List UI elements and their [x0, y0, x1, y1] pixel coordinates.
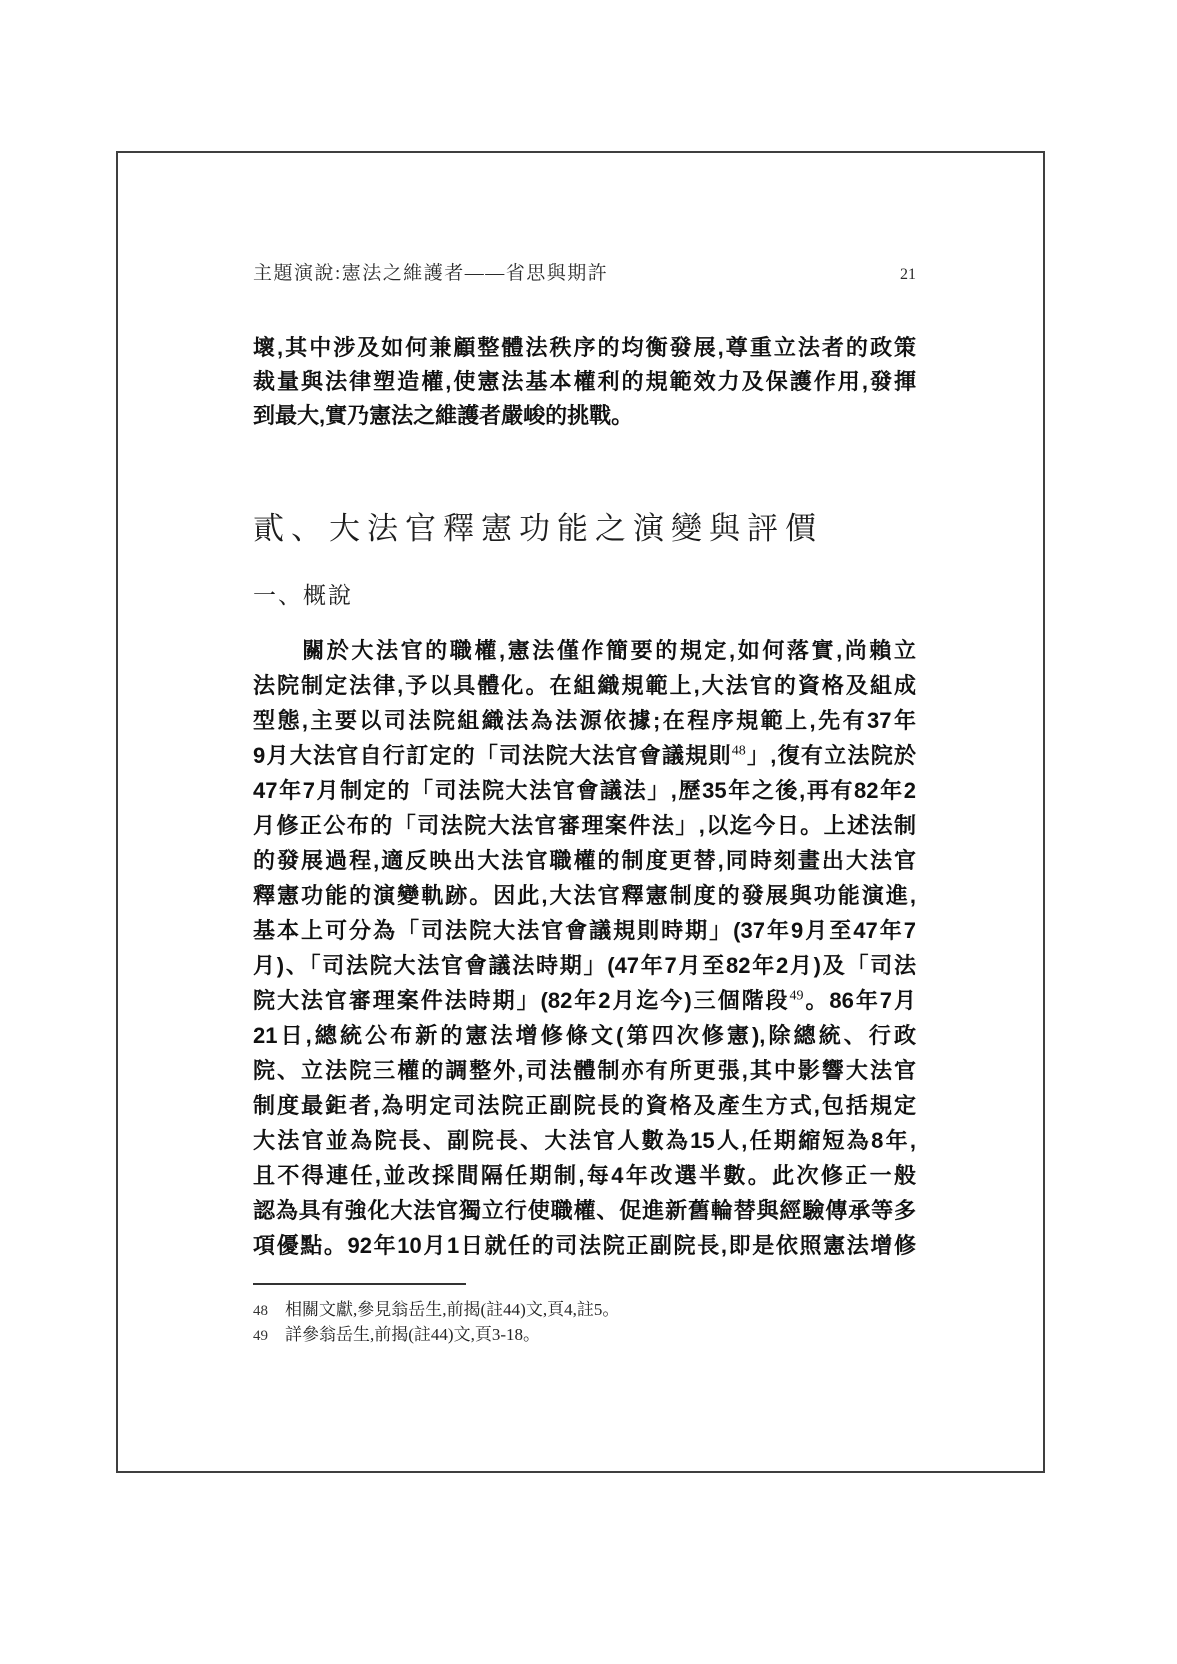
- text-line: 且不得連任,並改採間隔任期制,每4年改選半數。此次修正一般: [253, 1158, 916, 1193]
- header-title: 主題演說:憲法之維護者——省思與期許: [253, 258, 608, 285]
- text-line: 基本上可分為「司法院大法官會議規則時期」(37年9月至47年7: [253, 913, 916, 948]
- subsection-heading: 一、概說: [253, 577, 353, 610]
- text-line: 大法官並為院長、副院長、大法官人數為15人,任期縮短為8年,: [253, 1123, 916, 1158]
- text-line: 到最大,實乃憲法之維護者嚴峻的挑戰。: [253, 399, 916, 433]
- text-line: 關於大法官的職權,憲法僅作簡要的規定,如何落實,尚賴立: [253, 633, 916, 668]
- intro-paragraph: 壞,其中涉及如何兼顧整體法秩序的均衡發展,尊重立法者的政策裁量與法律塑造權,使憲…: [253, 331, 916, 433]
- text-line: 21日,總統公布新的憲法增修條文(第四次修憲),除總統、行政: [253, 1018, 916, 1053]
- text-line: 法院制定法律,予以具體化。在組織規範上,大法官的資格及組成: [253, 668, 916, 703]
- text-line: 認為具有強化大法官獨立行使職權、促進新舊輪替與經驗傳承等多: [253, 1193, 916, 1228]
- text-line: 月)、「司法院大法官會議法時期」(47年7月至82年2月)及「司法: [253, 948, 916, 983]
- text-line: 院、立法院三權的調整外,司法體制亦有所更張,其中影響大法官: [253, 1053, 916, 1088]
- body-paragraph: 關於大法官的職權,憲法僅作簡要的規定,如何落實,尚賴立法院制定法律,予以具體化。…: [253, 633, 916, 1263]
- page-number: 21: [900, 266, 916, 284]
- footnote-text: 相關文獻,參見翁岳生,前揭(註44)文,頁4,註5。: [285, 1300, 619, 1319]
- text-line: 裁量與法律塑造權,使憲法基本權利的規範效力及保護作用,發揮: [253, 365, 916, 399]
- footnote-item: 48相關文獻,參見翁岳生,前揭(註44)文,頁4,註5。: [253, 1298, 916, 1323]
- footnote-reference: 49: [789, 989, 803, 1004]
- text-line: 型態,主要以司法院組織法為法源依據;在程序規範上,先有37年: [253, 703, 916, 738]
- footnote-text: 詳參翁岳生,前揭(註44)文,頁3-18。: [285, 1325, 540, 1344]
- section-heading: 貳、大法官釋憲功能之演變與評價: [253, 503, 823, 548]
- footnote-number: 49: [253, 1324, 277, 1348]
- text-line: 的發展過程,適反映出大法官職權的制度更替,同時刻畫出大法官: [253, 843, 916, 878]
- text-line: 壞,其中涉及如何兼顧整體法秩序的均衡發展,尊重立法者的政策: [253, 331, 916, 365]
- text-line: 47年7月制定的「司法院大法官會議法」,歷35年之後,再有82年2: [253, 773, 916, 808]
- text-line: 月修正公布的「司法院大法官審理案件法」,以迄今日。上述法制: [253, 808, 916, 843]
- running-header: 主題演說:憲法之維護者——省思與期許 21: [253, 258, 916, 285]
- text-line: 制度最鉅者,為明定司法院正副院長的資格及產生方式,包括規定: [253, 1088, 916, 1123]
- footnote-number: 48: [253, 1299, 277, 1323]
- footnote-separator-rule: [253, 1283, 466, 1285]
- text-line: 院大法官審理案件法時期」(82年2月迄今)三個階段49。86年7月: [253, 983, 916, 1018]
- text-line: 9月大法官自行訂定的「司法院大法官會議規則48」,復有立法院於: [253, 738, 916, 773]
- text-line: 釋憲功能的演變軌跡。因此,大法官釋憲制度的發展與功能演進,: [253, 878, 916, 913]
- footnotes: 48相關文獻,參見翁岳生,前揭(註44)文,頁4,註5。49詳參翁岳生,前揭(註…: [253, 1298, 916, 1348]
- document-page: 主題演說:憲法之維護者——省思與期許 21 壞,其中涉及如何兼顧整體法秩序的均衡…: [0, 0, 1177, 1664]
- text-line: 項優點。92年10月1日就任的司法院正副院長,即是依照憲法增修: [253, 1228, 916, 1263]
- footnote-item: 49詳參翁岳生,前揭(註44)文,頁3-18。: [253, 1323, 916, 1348]
- footnote-reference: 48: [732, 744, 746, 759]
